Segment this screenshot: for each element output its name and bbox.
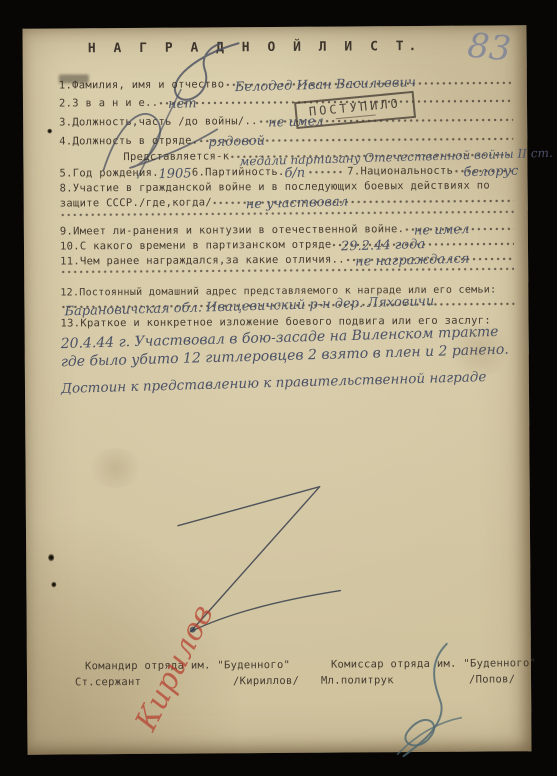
field-rank-value: нет (168, 96, 197, 112)
feat-conclusion-text: Достоин к представлению к правительствен… (61, 369, 487, 397)
field-awards-label: 11.Чем ранее награждался,за какие отличи… (60, 254, 345, 268)
paper-hole (48, 554, 54, 562)
paper-hole (51, 582, 56, 588)
field-award-label: Представляется-к (123, 150, 229, 163)
field-nationality-value: белорус (463, 164, 518, 181)
field-prewar-label: 3.Должность,часть /до войны/.. (59, 115, 258, 128)
field-civilwar-fill: не участвовал (212, 194, 514, 208)
field-civilwar-line2: защите СССР./где,когда/ не участвовал (60, 190, 514, 209)
paper-stain (85, 448, 145, 488)
ink-signature-commissar (373, 638, 484, 761)
field-wounds-value: не имел (414, 222, 470, 239)
document-title: Н А Г Р А Д Н О Й Л И С Т. (23, 39, 487, 57)
stamp-text: ПОСТУПИЛО (308, 96, 401, 119)
field-prewar: 3.Должность,часть /до войны/.. не имел (59, 109, 513, 128)
commissar-title: Комиссар отряда им. "Буденного" (331, 657, 536, 670)
feat-conclusion: Достоин к представлению к правительствен… (61, 373, 515, 392)
red-pencil-signature: Кирилов (132, 612, 283, 773)
field-since-value: 29.2.44 года (341, 237, 426, 254)
field-rank-label: 2.З в а н и е.. (59, 97, 158, 110)
field-civilwar-label2: защите СССР./где,когда/ (60, 196, 212, 209)
field-awards-value: не награждался (355, 251, 470, 269)
field-name-fill: Белодед Иван Васильевич (224, 76, 513, 90)
field-award-fill: медали партизану Отечественной войны II … (229, 149, 513, 162)
commissar-rank: Мл.политрук (321, 674, 394, 687)
ink-smudge (59, 74, 89, 83)
paper-hole (47, 129, 52, 134)
commissar-name: /Попов/ (469, 673, 515, 685)
dotted-leader (307, 170, 345, 175)
field-unit-label: 4.Должность в отряде. (59, 135, 198, 148)
dotted-rule (60, 266, 514, 274)
field-unit-value: рядовой (208, 133, 265, 150)
paper-sheet: 83 Н А Г Р А Д Н О Й Л И С Т. 1.Фамилия,… (22, 25, 531, 755)
paper-stain (445, 325, 515, 375)
field-awards: 11.Чем ранее награждался,за какие отличи… (60, 248, 514, 267)
field-name: 1.Фамилия, имя и отчество Белодед Иван В… (59, 72, 513, 91)
field-civilwar-value: не участвовал (246, 194, 349, 212)
field-awards-fill: не награждался (345, 252, 514, 265)
field-award: Представляется-к медали партизану Отечес… (123, 144, 513, 163)
scanned-page: 83 Н А Г Р А Д Н О Й Л И С Т. 1.Фамилия,… (0, 0, 557, 776)
red-signature-text: Кирилов (129, 599, 221, 736)
field-address-value-row: Барановичская обл. Ивацевичский р-н дер.… (60, 293, 514, 312)
